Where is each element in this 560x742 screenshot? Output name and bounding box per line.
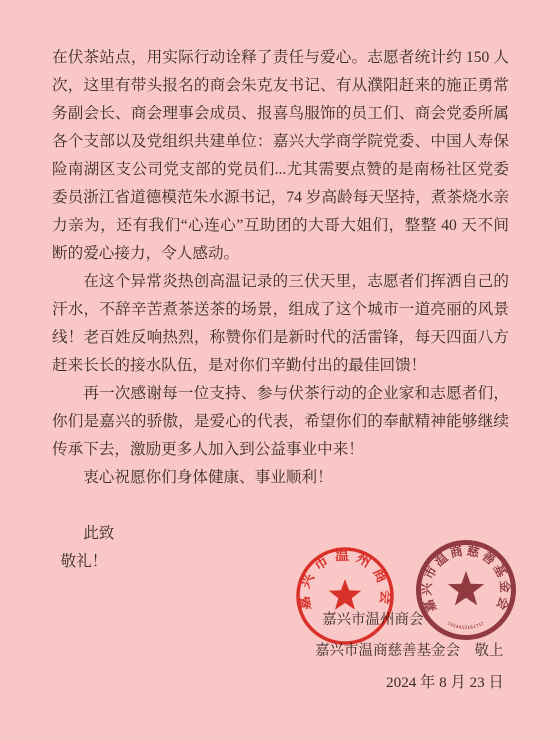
paragraph-heatwave: 在这个异常炎热创高温记录的三伏天里，志愿者们挥洒自己的汗水，不辞辛苦煮茶送茶的场…: [52, 268, 509, 380]
signature-date: 2024 年 8 月 23 日: [386, 671, 504, 692]
paragraph-volunteers: 在伏茶站点，用实际行动诠释了责任与爱心。志愿者统计约 150 人次，这里有带头报…: [52, 44, 509, 268]
chamber-seal-stamp-icon: 嘉兴市温州商会: [285, 536, 405, 656]
foundation-seal-stamp-icon: 嘉兴市温商慈善基金会 5354453161717: [406, 530, 526, 650]
letter-page: 在伏茶站点，用实际行动诠释了责任与爱心。志愿者统计约 150 人次，这里有带头报…: [0, 0, 560, 742]
stamp-serial-number: 5354453161717: [446, 621, 486, 631]
paragraph-thanks: 再一次感谢每一位支持、参与伏茶行动的企业家和志愿者们，你们是嘉兴的骄傲，是爱心的…: [52, 380, 509, 464]
letter-body: 在伏茶站点，用实际行动诠释了责任与爱心。志愿者统计约 150 人次，这里有带头报…: [52, 44, 509, 576]
star-icon: [329, 579, 361, 610]
star-icon: [448, 571, 484, 605]
svg-text:5354453161717: 5354453161717: [446, 621, 486, 631]
paragraph-wishes: 衷心祝愿你们身体健康、事业顺利！: [52, 464, 509, 492]
